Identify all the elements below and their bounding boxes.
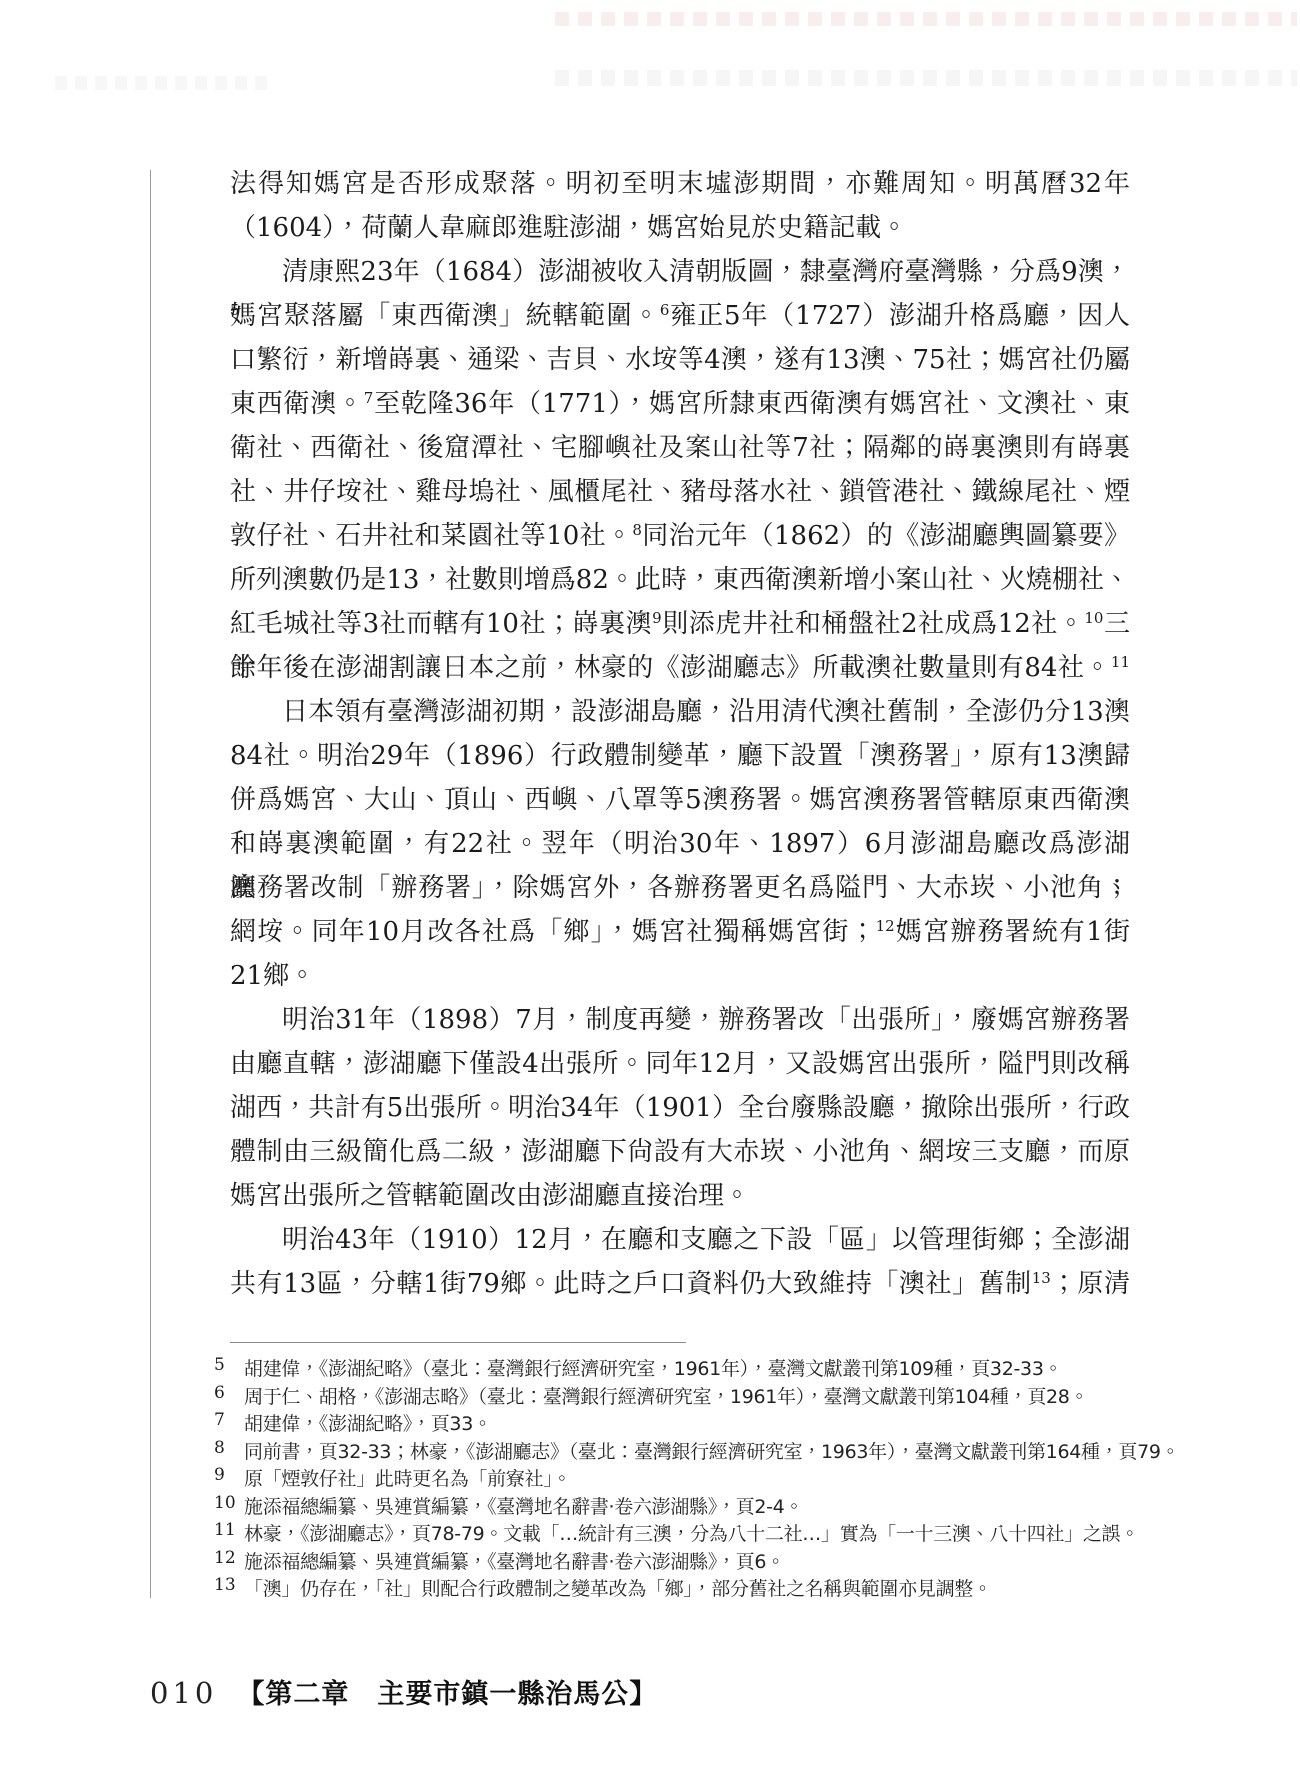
text-run: 21鄉。 bbox=[230, 961, 315, 991]
footnote-ref: 10 bbox=[1084, 609, 1103, 627]
footnote-ref: 11 bbox=[1111, 653, 1130, 671]
footnote-number: 10 bbox=[214, 1490, 244, 1518]
footnote: 7胡建偉，《澎湖紀略》，頁33。 bbox=[214, 1407, 1174, 1435]
footnote-text: 胡建偉，《澎湖紀略》（臺北：臺灣銀行經濟研究室，1961年），臺灣文獻叢刊第10… bbox=[244, 1358, 1062, 1380]
text-line: 媽宮聚落屬「東西衛澳」統轄範圍。6雍正5年（1727）澎湖升格爲廳，因人 bbox=[230, 294, 1130, 338]
chapter-title: 【第二章 主要市鎮一縣治馬公】 bbox=[237, 1679, 657, 1710]
text-run: 社、井仔垵社、雞母塢社、風櫃尾社、豬母落水社、鎖管港社、鐵線尾社、煙 bbox=[230, 477, 1130, 507]
page-number: 010 bbox=[150, 1676, 217, 1710]
text-run: 雍正5年（1727）澎湖升格爲廳，因人 bbox=[669, 301, 1130, 331]
footnote-text: 施添福總編纂、吳連賞編纂，《臺灣地名辭書‧卷六澎湖縣》，頁6。 bbox=[244, 1551, 785, 1573]
footnote-text: 「澳」仍存在，「社」則配合行政體制之變革改為「鄉」，部分舊社之名稱與範圍亦見調整… bbox=[244, 1578, 992, 1600]
footnote-number: 11 bbox=[214, 1517, 244, 1545]
text-run: 口繁衍，新增嵵裏、通梁、吉貝、水垵等4澳，遂有13澳、75社；媽宮社仍屬 bbox=[230, 345, 1130, 375]
text-line: 明治31年（1898）7月，制度再變，辦務署改「出張所」，廢媽宮辦務署 bbox=[230, 998, 1130, 1042]
text-line: 網垵。同年10月改各社爲「鄉」，媽宮社獨稱媽宮街；12媽宮辦務署統有1街 bbox=[230, 910, 1130, 954]
text-line: 清康熙23年（1684）澎湖被收入清朝版圖，隸臺灣府臺灣縣，分爲9澳，5 bbox=[230, 250, 1130, 294]
footnote-text: 施添福總編纂、吳連賞編纂，《臺灣地名辭書‧卷六澎湖縣》，頁2-4。 bbox=[244, 1496, 803, 1518]
footnote: 10施添福總編纂、吳連賞編纂，《臺灣地名辭書‧卷六澎湖縣》，頁2-4。 bbox=[214, 1490, 1174, 1518]
page-footer: 010【第二章 主要市鎮一縣治馬公】 bbox=[150, 1672, 657, 1711]
text-run: 網垵。同年10月改各社爲「鄉」，媽宮社獨稱媽宮街； bbox=[230, 917, 876, 947]
text-line: 體制由三級簡化爲二級，澎湖廳下尙設有大赤崁、小池角、網垵三支廳，而原 bbox=[230, 1130, 1130, 1174]
footnote-text: 周于仁、胡格，《澎湖志略》（臺北：臺灣銀行經濟研究室，1961年），臺灣文獻叢刊… bbox=[244, 1386, 1088, 1408]
text-run: 由廳直轄，澎湖廳下僅設4出張所。同年12月，又設媽宮出張所，隘門則改稱 bbox=[230, 1049, 1130, 1079]
footnote: 8同前書，頁32-33；林豪，《澎湖廳志》（臺北：臺灣銀行經濟研究室，1963年… bbox=[214, 1435, 1174, 1463]
text-line: 敦仔社、石井社和菜園社等10社。8同治元年（1862）的《澎湖廳輿圖纂要》 bbox=[230, 514, 1130, 558]
bleed-through-artifact bbox=[555, 70, 1297, 86]
text-line: （1604），荷蘭人韋麻郎進駐澎湖，媽宮始見於史籍記載。 bbox=[230, 206, 1130, 250]
book-page: 法得知媽宮是否形成聚落。明初至明末墟澎期間，亦難周知。明萬曆32年（1604），… bbox=[0, 0, 1300, 1778]
text-run: 清康熙23年（1684）澎湖被收入清朝版圖，隸臺灣府臺灣縣，分爲9澳， bbox=[282, 257, 1130, 287]
text-line: 口繁衍，新增嵵裏、通梁、吉貝、水垵等4澳，遂有13澳、75社；媽宮社仍屬 bbox=[230, 338, 1130, 382]
footnote-text: 原「煙敦仔社」此時更名為「前寮社」。 bbox=[244, 1468, 571, 1490]
footnote: 11林豪，《澎湖廳志》，頁78-79。文載「…統計有三澳，分為八十二社…」實為「… bbox=[214, 1517, 1174, 1545]
text-line: 明治43年（1910）12月，在廳和支廳之下設「區」以管理街鄉；全澎湖 bbox=[230, 1218, 1130, 1262]
footnote: 13「澳」仍存在，「社」則配合行政體制之變革改為「鄉」，部分舊社之名稱與範圍亦見… bbox=[214, 1572, 1174, 1600]
text-run: 共有13區，分轄1街79鄉。此時之戶口資料仍大致維持「澳社」舊制 bbox=[230, 1269, 1032, 1299]
text-line: 澳務署改制「辦務署」，除媽宮外，各辦務署更名爲隘門、大赤崁、小池角、 bbox=[230, 866, 1130, 910]
text-line: 所列澳數仍是13，社數則增爲82。此時，東西衛澳新增小案山社、火燒棚社、 bbox=[230, 558, 1130, 602]
footnote-ref: 13 bbox=[1032, 1269, 1051, 1287]
main-text: 法得知媽宮是否形成聚落。明初至明末墟澎期間，亦難周知。明萬曆32年（1604），… bbox=[230, 162, 1130, 1306]
text-run: 明治43年（1910）12月，在廳和支廳之下設「區」以管理街鄉；全澎湖 bbox=[282, 1225, 1130, 1255]
footnote-number: 13 bbox=[214, 1572, 244, 1600]
text-line: 東西衛澳。7至乾隆36年（1771），媽宮所隸東西衛澳有媽宮社、文澳社、東 bbox=[230, 382, 1130, 426]
text-run: 同治元年（1862）的《澎湖廳輿圖纂要》 bbox=[642, 521, 1130, 551]
text-run: 至乾隆36年（1771），媽宮所隸東西衛澳有媽宮社、文澳社、東 bbox=[373, 389, 1130, 419]
text-line: 併爲媽宮、大山、頂山、西嶼、八罩等5澳務署。媽宮澳務署管轄原東西衛澳 bbox=[230, 778, 1130, 822]
text-run: 併爲媽宮、大山、頂山、西嶼、八罩等5澳務署。媽宮澳務署管轄原東西衛澳 bbox=[230, 785, 1130, 815]
footnote-text: 胡建偉，《澎湖紀略》，頁33。 bbox=[244, 1413, 492, 1435]
footnote: 5胡建偉，《澎湖紀略》（臺北：臺灣銀行經濟研究室，1961年），臺灣文獻叢刊第1… bbox=[214, 1352, 1174, 1380]
text-line: 和嵵裏澳範圍，有22社。翌年（明治30年、1897）6月澎湖島廳改爲澎湖廳； bbox=[230, 822, 1130, 866]
footnote-ref: 6 bbox=[660, 301, 670, 319]
text-line: 日本領有臺灣澎湖初期，設澎湖島廳，沿用清代澳社舊制，全澎仍分13澳 bbox=[230, 690, 1130, 734]
footnote-ref: 9 bbox=[652, 609, 662, 627]
footnotes: 5胡建偉，《澎湖紀略》（臺北：臺灣銀行經濟研究室，1961年），臺灣文獻叢刊第1… bbox=[214, 1352, 1174, 1600]
footnote-number: 5 bbox=[214, 1352, 244, 1380]
text-line: 由廳直轄，澎湖廳下僅設4出張所。同年12月，又設媽宮出張所，隘門則改稱 bbox=[230, 1042, 1130, 1086]
bleed-through-artifact bbox=[55, 76, 270, 90]
footnote-separator bbox=[230, 1342, 686, 1343]
bleed-through-artifact bbox=[555, 12, 1297, 26]
text-line: 法得知媽宮是否形成聚落。明初至明末墟澎期間，亦難周知。明萬曆32年 bbox=[230, 162, 1130, 206]
text-line: 餘年後在澎湖割讓日本之前，林豪的《澎湖廳志》所載澳社數量則有84社。11 bbox=[230, 646, 1130, 690]
text-run: 餘年後在澎湖割讓日本之前，林豪的《澎湖廳志》所載澳社數量則有84社。 bbox=[230, 653, 1111, 683]
text-run: 體制由三級簡化爲二級，澎湖廳下尙設有大赤崁、小池角、網垵三支廳，而原 bbox=[230, 1137, 1130, 1167]
text-run: 所列澳數仍是13，社數則增爲82。此時，東西衛澳新增小案山社、火燒棚社、 bbox=[230, 565, 1130, 595]
text-line: 21鄉。 bbox=[230, 954, 1130, 998]
footnote: 12施添福總編纂、吳連賞編纂，《臺灣地名辭書‧卷六澎湖縣》，頁6。 bbox=[214, 1545, 1174, 1573]
text-run: 媽宮辦務署統有1街 bbox=[895, 917, 1130, 947]
footnote-ref: 8 bbox=[632, 521, 642, 539]
footnote-ref: 7 bbox=[364, 389, 374, 407]
footnote-number: 9 bbox=[214, 1462, 244, 1490]
footnote-number: 8 bbox=[214, 1435, 244, 1463]
text-run: 84社。明治29年（1896）行政體制變革，廳下設置「澳務署」，原有13澳歸 bbox=[230, 741, 1130, 771]
text-run: 敦仔社、石井社和菜園社等10社。 bbox=[230, 521, 632, 551]
text-run: ；原清 bbox=[1051, 1269, 1130, 1299]
text-run: 則添虎井社和桶盤社2社成爲12社。 bbox=[662, 609, 1085, 639]
text-line: 媽宮出張所之管轄範圍改由澎湖廳直接治理。 bbox=[230, 1174, 1130, 1218]
footnote-number: 12 bbox=[214, 1545, 244, 1573]
footnote-ref: 12 bbox=[876, 917, 895, 935]
text-run: 明治31年（1898）7月，制度再變，辦務署改「出張所」，廢媽宮辦務署 bbox=[282, 1005, 1130, 1035]
footnote-text: 林豪，《澎湖廳志》，頁78-79。文載「…統計有三澳，分為八十二社…」實為「一十… bbox=[244, 1523, 1139, 1545]
text-line: 衛社、西衛社、後窟潭社、宅腳嶼社及案山社等7社；隔鄰的嵵裏澳則有嵵裏 bbox=[230, 426, 1130, 470]
text-run: 媽宮聚落屬「東西衛澳」統轄範圍。 bbox=[230, 301, 660, 331]
text-run: 日本領有臺灣澎湖初期，設澎湖島廳，沿用清代澳社舊制，全澎仍分13澳 bbox=[282, 697, 1130, 727]
text-line: 84社。明治29年（1896）行政體制變革，廳下設置「澳務署」，原有13澳歸 bbox=[230, 734, 1130, 778]
text-run: 東西衛澳。 bbox=[230, 389, 364, 419]
footnote-text: 同前書，頁32-33；林豪，《澎湖廳志》（臺北：臺灣銀行經濟研究室，1963年）… bbox=[244, 1441, 1179, 1463]
text-run: 法得知媽宮是否形成聚落。明初至明末墟澎期間，亦難周知。明萬曆32年 bbox=[230, 169, 1130, 199]
text-run: 湖西，共計有5出張所。明治34年（1901）全台廢縣設廳，撤除出張所，行政 bbox=[230, 1093, 1130, 1123]
left-margin-rule bbox=[150, 170, 151, 1598]
footnote: 6周于仁、胡格，《澎湖志略》（臺北：臺灣銀行經濟研究室，1961年），臺灣文獻叢… bbox=[214, 1380, 1174, 1408]
footnote-number: 7 bbox=[214, 1407, 244, 1435]
text-run: 媽宮出張所之管轄範圍改由澎湖廳直接治理。 bbox=[230, 1181, 750, 1211]
footnote-number: 6 bbox=[214, 1380, 244, 1408]
text-run: 紅毛城社等3社而轄有10社；嵵裏澳 bbox=[230, 609, 652, 639]
text-run: 衛社、西衛社、後窟潭社、宅腳嶼社及案山社等7社；隔鄰的嵵裏澳則有嵵裏 bbox=[230, 433, 1130, 463]
text-run: 澳務署改制「辦務署」，除媽宮外，各辦務署更名爲隘門、大赤崁、小池角、 bbox=[230, 873, 1130, 903]
text-line: 紅毛城社等3社而轄有10社；嵵裏澳9則添虎井社和桶盤社2社成爲12社。10三十 bbox=[230, 602, 1130, 646]
footnote: 9原「煙敦仔社」此時更名為「前寮社」。 bbox=[214, 1462, 1174, 1490]
text-line: 湖西，共計有5出張所。明治34年（1901）全台廢縣設廳，撤除出張所，行政 bbox=[230, 1086, 1130, 1130]
text-line: 共有13區，分轄1街79鄉。此時之戶口資料仍大致維持「澳社」舊制13；原清 bbox=[230, 1262, 1130, 1306]
text-run: （1604），荷蘭人韋麻郎進駐澎湖，媽宮始見於史籍記載。 bbox=[230, 213, 907, 243]
text-line: 社、井仔垵社、雞母塢社、風櫃尾社、豬母落水社、鎖管港社、鐵線尾社、煙 bbox=[230, 470, 1130, 514]
